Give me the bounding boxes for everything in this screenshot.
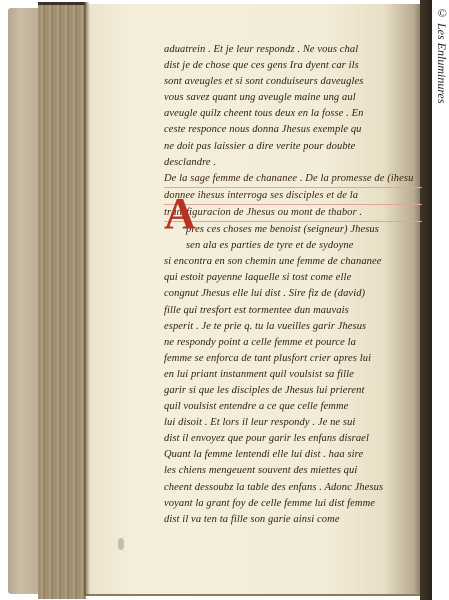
text-line: pres ces choses me benoist (seigneur) Jh…: [164, 222, 422, 238]
text-line: aveugle quilz cheent tous deux en la fos…: [164, 106, 422, 122]
page-edges-stack: [38, 2, 86, 599]
text-line: ceste responce nous donna Jhesus exemple…: [164, 122, 422, 138]
paragraph-2: pres ces choses me benoist (seigneur) Jh…: [164, 222, 422, 528]
text-line: quil voulsist entendre a ce que celle fe…: [164, 399, 422, 415]
text-line: voyant la grant foy de celle femme lui d…: [164, 496, 422, 512]
text-line: cheent dessoubz la table des enfans . Ad…: [164, 480, 422, 496]
manuscript-photo: © Les Enluminures aduatrein . Et je leur…: [0, 0, 449, 600]
text-line: femme se enforca de tant plusfort crier …: [164, 351, 422, 367]
text-line: les chiens mengeuent souvent des miettes…: [164, 463, 422, 479]
gutter-shadow: [84, 2, 90, 596]
text-line: ne respondy point a celle femme et pourc…: [164, 335, 422, 351]
text-line: congnut Jhesus elle lui dist . Sire fiz …: [164, 286, 422, 302]
text-line: ne doit pas laissier a dire verite pour …: [164, 139, 422, 155]
rubric-line: transfiguracion de Jhesus ou mont de tha…: [164, 205, 422, 222]
text-line: esperit . Je te prie q. tu la vueilles g…: [164, 319, 422, 335]
page-stain: [118, 538, 124, 550]
text-line: fille qui tresfort est tormentee dun mau…: [164, 303, 422, 319]
text-line: vous savez quant ung aveugle maine ung a…: [164, 90, 422, 106]
text-line: Quant la femme lentendi elle lui dist . …: [164, 447, 422, 463]
chapter-rubric: De la sage femme de chananee . De la pro…: [164, 171, 422, 222]
text-line: qui estoit payenne laquelle si tost come…: [164, 270, 422, 286]
text-line: garir si que les disciples de Jhesus lui…: [164, 383, 422, 399]
paragraph-1: aduatrein . Et je leur respondz . Ne vou…: [164, 42, 422, 171]
text-line: lui disoit . Et lors il leur respondy . …: [164, 415, 422, 431]
text-line: sen ala es parties de tyre et de sydoyne: [164, 238, 422, 254]
manuscript-text: aduatrein . Et je leur respondz . Ne vou…: [164, 42, 422, 528]
text-line: si encontra en son chemin une femme de c…: [164, 254, 422, 270]
rubric-line: donnee ihesus interroga ses disciples et…: [164, 188, 422, 205]
rubric-line: De la sage femme de chananee . De la pro…: [164, 171, 422, 188]
text-line: en lui priant instanment quil voulsist s…: [164, 367, 422, 383]
text-line: desclandre .: [164, 155, 422, 171]
red-initial-letter: A: [164, 196, 196, 232]
text-line: dist il va ten ta fille son garie ainsi …: [164, 512, 422, 528]
text-line: aduatrein . Et je leur respondz . Ne vou…: [164, 42, 422, 58]
text-line: dist il envoyez que pour garir les enfan…: [164, 431, 422, 447]
book-back-cover: [8, 8, 40, 594]
copyright-watermark: © Les Enluminures: [432, 6, 449, 126]
text-line: dist je de chose que ces gens Ira dyent …: [164, 58, 422, 74]
text-line: sont aveugles et si sont conduiseurs dav…: [164, 74, 422, 90]
